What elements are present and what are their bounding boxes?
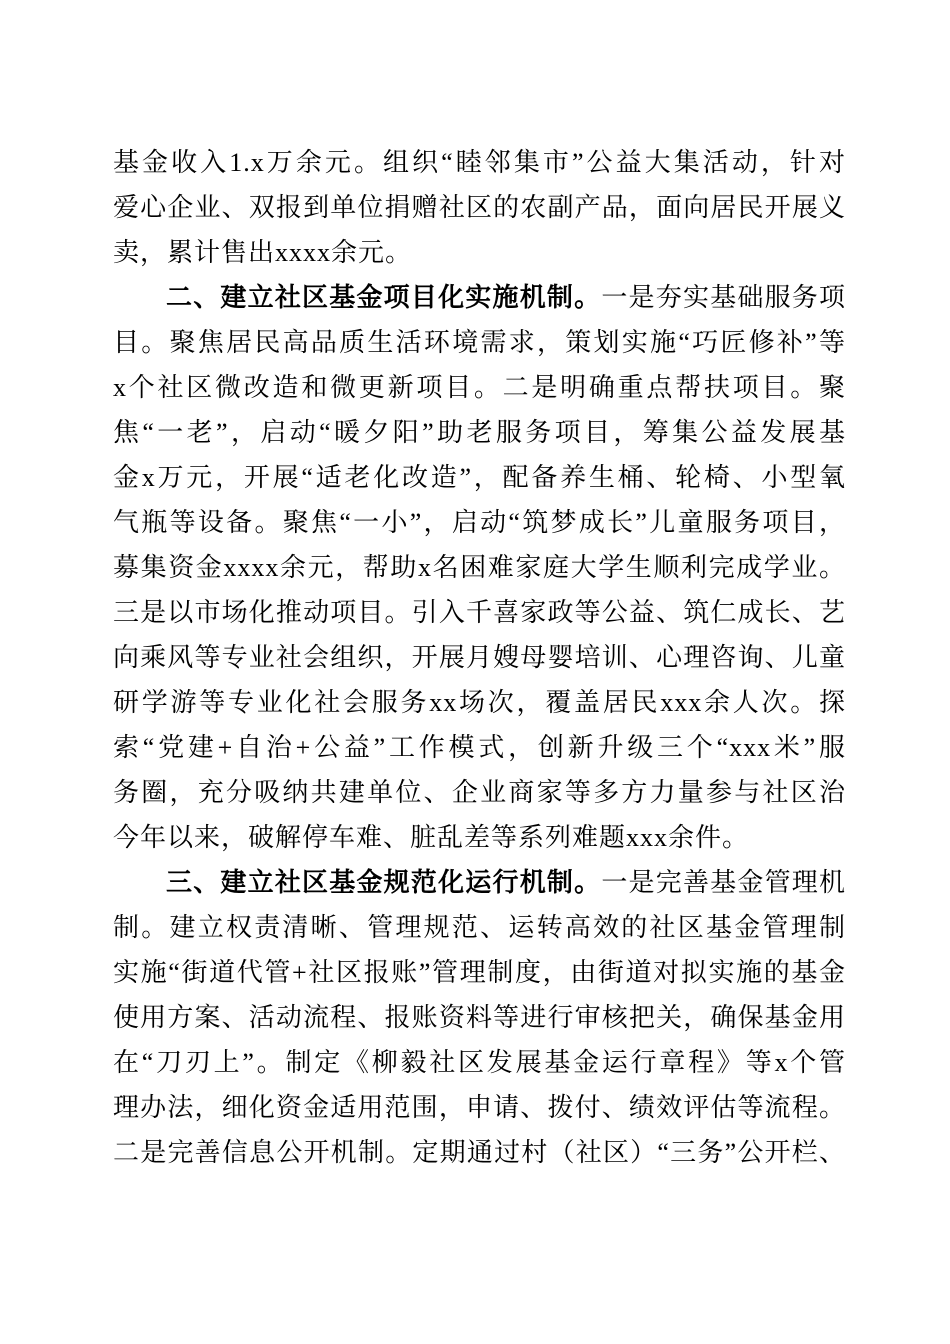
body-text-run: 金x万元，开展“适老化改造”，配备养生桶、轮椅、小型氧 bbox=[113, 463, 846, 492]
body-text-run: 爱心企业、双报到单位捐赠社区的农副产品，面向居民开展义 bbox=[113, 193, 846, 222]
text-line: 在“刀刃上”。制定《柳毅社区发展基金运行章程》等x个管 bbox=[113, 1040, 846, 1085]
body-text-run: 焦“一老”，启动“暖夕阳”助老服务项目，筹集公益发展基 bbox=[113, 418, 846, 447]
text-line: 爱心企业、双报到单位捐赠社区的农副产品，面向居民开展义 bbox=[113, 185, 846, 230]
text-line: 今年以来，破解停车难、脏乱差等系列难题xxx余件。 bbox=[113, 815, 846, 860]
body-text-run: 三是以市场化推动项目。引入千喜家政等公益、筑仁成长、艺 bbox=[113, 598, 846, 627]
text-line: 卖，累计售出xxxx余元。 bbox=[113, 230, 846, 275]
body-text-run: 研学游等专业化社会服务xx场次，覆盖居民xxx余人次。探 bbox=[113, 688, 846, 717]
text-line: 气瓶等设备。聚焦“一小”，启动“筑梦成长”儿童服务项目， bbox=[113, 500, 846, 545]
text-line: 研学游等专业化社会服务xx场次，覆盖居民xxx余人次。探 bbox=[113, 680, 846, 725]
body-text-run: 二是完善信息公开机制。定期通过村（社区）“三务”公开栏、 bbox=[113, 1138, 846, 1167]
body-text-run: 在“刀刃上”。制定《柳毅社区发展基金运行章程》等x个管 bbox=[113, 1048, 846, 1077]
body-text-run: 卖，累计售出xxxx余元。 bbox=[113, 238, 412, 267]
text-line: 焦“一老”，启动“暖夕阳”助老服务项目，筹集公益发展基 bbox=[113, 410, 846, 455]
body-text-run: 气瓶等设备。聚焦“一小”，启动“筑梦成长”儿童服务项目， bbox=[113, 508, 846, 537]
text-line: 实施“街道代管+社区报账”管理制度，由街道对拟实施的基金 bbox=[113, 950, 846, 995]
body-text-run: 理办法，细化资金适用范围，申请、拨付、绩效评估等流程。 bbox=[113, 1093, 846, 1122]
paragraph-1: 基金收入1.x万余元。组织“睦邻集市”公益大集活动，针对爱心企业、双报到单位捐赠… bbox=[113, 140, 846, 275]
section-heading: 三、建立社区基金规范化运行机制。 bbox=[166, 867, 601, 897]
document-page: 基金收入1.x万余元。组织“睦邻集市”公益大集活动，针对爱心企业、双报到单位捐赠… bbox=[0, 0, 950, 1344]
body-text-run: 使用方案、活动流程、报账资料等进行审核把关，确保基金用 bbox=[113, 1003, 846, 1032]
body-text-run: 一是完善基金管理机 bbox=[601, 868, 846, 897]
body-text-run: 基金收入1.x万余元。组织“睦邻集市”公益大集活动，针对 bbox=[113, 148, 846, 177]
text-line: x个社区微改造和微更新项目。二是明确重点帮扶项目。聚 bbox=[113, 365, 846, 410]
paragraph-2: 二、建立社区基金项目化实施机制。一是夯实基础服务项目。聚焦居民高品质生活环境需求… bbox=[113, 275, 846, 860]
paragraph-3: 三、建立社区基金规范化运行机制。一是完善基金管理机制。建立权责清晰、管理规范、运… bbox=[113, 860, 846, 1175]
text-line: 务圈，充分吸纳共建单位、企业商家等多方力量参与社区治理， bbox=[113, 770, 846, 815]
text-line: 目。聚焦居民高品质生活环境需求，策划实施“巧匠修补”等 bbox=[113, 320, 846, 365]
text-line: 募集资金xxxx余元，帮助x名困难家庭大学生顺利完成学业。 bbox=[113, 545, 846, 590]
text-line: 金x万元，开展“适老化改造”，配备养生桶、轮椅、小型氧 bbox=[113, 455, 846, 500]
section-heading: 二、建立社区基金项目化实施机制。 bbox=[166, 282, 601, 312]
text-line: 理办法，细化资金适用范围，申请、拨付、绩效评估等流程。 bbox=[113, 1085, 846, 1130]
body-text-run: 募集资金xxxx余元，帮助x名困难家庭大学生顺利完成学业。 bbox=[113, 553, 846, 582]
text-line: 向乘风等专业社会组织，开展月嫂母婴培训、心理咨询、儿童 bbox=[113, 635, 846, 680]
body-text-run: 制。建立权责清晰、管理规范、运转高效的社区基金管理制度。 bbox=[113, 913, 846, 950]
document-body: 基金收入1.x万余元。组织“睦邻集市”公益大集活动，针对爱心企业、双报到单位捐赠… bbox=[113, 140, 846, 1175]
body-text-run: 一是夯实基础服务项 bbox=[601, 283, 846, 312]
text-line: 二是完善信息公开机制。定期通过村（社区）“三务”公开栏、 bbox=[113, 1130, 846, 1175]
body-text-run: 务圈，充分吸纳共建单位、企业商家等多方力量参与社区治理， bbox=[113, 778, 846, 815]
text-line: 三、建立社区基金规范化运行机制。一是完善基金管理机 bbox=[113, 860, 846, 905]
body-text-run: 向乘风等专业社会组织，开展月嫂母婴培训、心理咨询、儿童 bbox=[113, 643, 846, 672]
text-line: 二、建立社区基金项目化实施机制。一是夯实基础服务项 bbox=[113, 275, 846, 320]
body-text-run: x个社区微改造和微更新项目。二是明确重点帮扶项目。聚 bbox=[113, 373, 846, 402]
text-line: 使用方案、活动流程、报账资料等进行审核把关，确保基金用 bbox=[113, 995, 846, 1040]
text-line: 索“党建+自治+公益”工作模式，创新升级三个“xxx米”服 bbox=[113, 725, 846, 770]
body-text-run: 实施“街道代管+社区报账”管理制度，由街道对拟实施的基金 bbox=[113, 958, 846, 987]
text-line: 基金收入1.x万余元。组织“睦邻集市”公益大集活动，针对 bbox=[113, 140, 846, 185]
text-line: 制。建立权责清晰、管理规范、运转高效的社区基金管理制度。 bbox=[113, 905, 846, 950]
body-text-run: 目。聚焦居民高品质生活环境需求，策划实施“巧匠修补”等 bbox=[113, 328, 846, 357]
body-text-run: 索“党建+自治+公益”工作模式，创新升级三个“xxx米”服 bbox=[113, 733, 846, 762]
body-text-run: 今年以来，破解停车难、脏乱差等系列难题xxx余件。 bbox=[113, 823, 749, 852]
text-line: 三是以市场化推动项目。引入千喜家政等公益、筑仁成长、艺 bbox=[113, 590, 846, 635]
